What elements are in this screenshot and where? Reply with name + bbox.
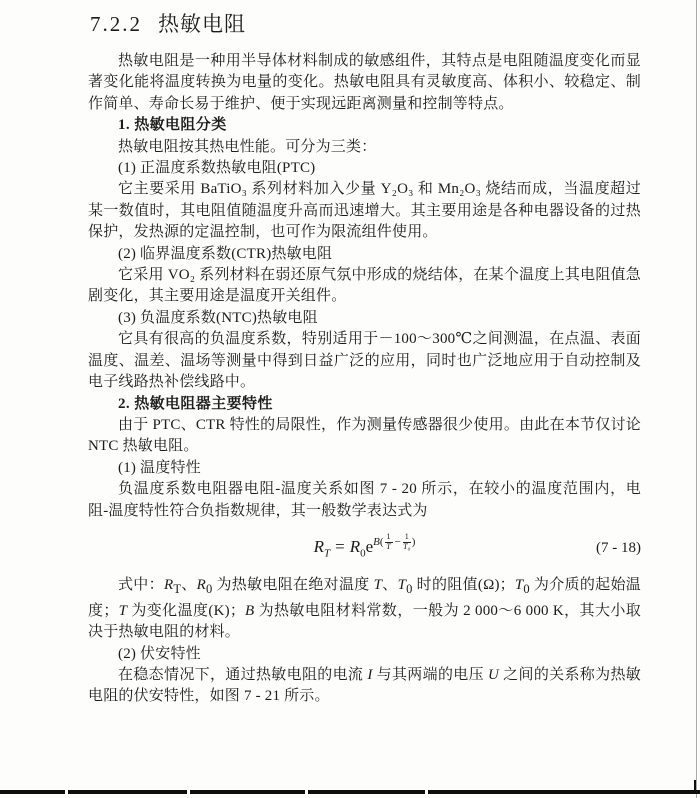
subheading-characteristics: 2. 热敏电阻器主要特性 xyxy=(88,394,641,415)
section-number: 7.2.2 xyxy=(90,12,142,36)
eq-sub-T: T xyxy=(324,547,330,559)
equation-number: (7 - 18) xyxy=(596,535,641,561)
paragraph-volt-ampere-body: 在稳态情况下，通过热敏电阻的电流 I 与其两端的电压 U 之间的关系称为热敏电阻… xyxy=(88,665,641,708)
scan-bar-gap xyxy=(187,790,190,794)
section-heading: 7.2.2热敏电阻 xyxy=(90,8,641,38)
eq-var-R: R xyxy=(314,537,324,556)
scan-bar-gap xyxy=(425,790,428,794)
paragraph-characteristics-intro: 由于 PTC、CTR 特性的局限性，作为测量传感器很少使用。由此在本节仅讨论 N… xyxy=(88,415,641,458)
page-bottom-scan-bar xyxy=(0,790,700,794)
equation-row: RT=R0eB(1T−1T₀) (7 - 18) xyxy=(88,529,641,566)
subheading-classification: 1. 热敏电阻分类 xyxy=(88,115,641,136)
paragraph-ctr-body: 它采用 VO₂ 系列材料在弱还原气氛中形成的烧结体，在某个温度上其电阻值急剧变化… xyxy=(88,265,641,308)
list-item-ntc-title: (3) 负温度系数(NTC)热敏电阻 xyxy=(88,308,641,329)
eq-rparen: ) xyxy=(412,536,416,548)
scanned-textbook-page: 7.2.2热敏电阻 热敏电阻是一种用半导体材料制成的敏感组件，其特点是电阻随温度… xyxy=(0,0,700,798)
paragraph-ntc-body: 它具有很高的负温度系数，特别适用于－100～300℃之间测温，在点温、表面温度、… xyxy=(88,329,641,393)
eq-base-e: e xyxy=(366,537,374,556)
eq-const-B: B xyxy=(373,536,380,548)
scan-bar-gap xyxy=(65,790,68,794)
list-item-ctr-title: (2) 临界温度系数(CTR)热敏电阻 xyxy=(88,244,641,265)
paragraph-classification-intro: 热敏电阻按其热电性能。可分为三类： xyxy=(88,137,641,158)
paragraph-ptc-body: 它主要采用 BaTiO₃ 系列材料加入少量 Y₂O₃ 和 Mn₂O₃ 烧结而成，… xyxy=(88,179,641,243)
paragraph-intro: 热敏电阻是一种用半导体材料制成的敏感组件，其特点是电阻随温度变化而显著变化能将温… xyxy=(88,51,641,115)
page-edge-scan-line xyxy=(696,0,697,798)
eq-minus: − xyxy=(395,536,401,548)
scan-corner-mark xyxy=(694,780,696,794)
paragraph-temperature-body: 负温度系数电阻器电阻-温度关系如图 7 - 20 所示，在较小的温度范围内，电阻… xyxy=(88,479,641,522)
eq-lparen: ( xyxy=(380,536,384,548)
list-item-temperature-title: (1) 温度特性 xyxy=(88,458,641,479)
eq-fraction-1-over-T0: 1T₀ xyxy=(403,533,411,552)
eq-equals: = xyxy=(335,537,345,556)
paragraph-where-definitions: 式中：RT、R0 为热敏电阻在绝对温度 T、T0 时的阻值(Ω)；T0 为介质的… xyxy=(88,575,641,643)
eq-exponent: B(1T−1T₀) xyxy=(373,529,415,555)
equation-7-18: RT=R0eB(1T−1T₀) xyxy=(314,537,416,556)
text-column: 7.2.2热敏电阻 热敏电阻是一种用半导体材料制成的敏感组件，其特点是电阻随温度… xyxy=(88,8,641,708)
eq-var-R0: R xyxy=(350,537,360,556)
list-item-ptc-title: (1) 正温度系数热敏电阻(PTC) xyxy=(88,158,641,179)
section-title: 热敏电阻 xyxy=(158,12,246,36)
eq-fraction-1-over-T: 1T xyxy=(385,533,393,552)
list-item-volt-ampere-title: (2) 伏安特性 xyxy=(88,644,641,665)
scan-bar-gap xyxy=(305,790,308,794)
